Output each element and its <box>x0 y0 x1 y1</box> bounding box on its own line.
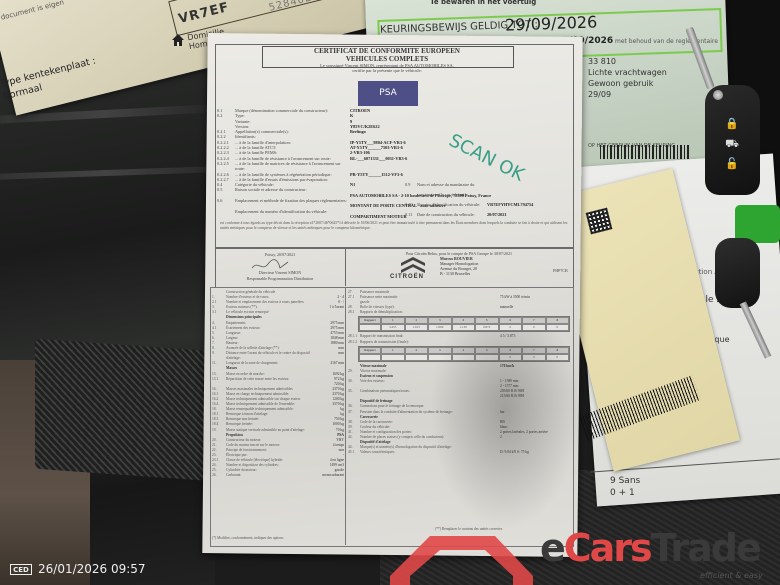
field-row: 28.1Rapports de démultiplication: <box>348 310 570 315</box>
barcode <box>600 145 690 159</box>
camera-badge: CED <box>10 564 32 575</box>
seats-info: 9 Sans0 + 1 <box>610 475 640 499</box>
key-release-button <box>713 90 723 100</box>
technical-data-left: Construction générale du véhicule1.Nombr… <box>212 290 344 478</box>
psa-logo: PSA <box>358 81 418 106</box>
hand-shadow <box>430 330 580 530</box>
signature <box>250 258 290 272</box>
field-row: 26.Carburant:monocarburant <box>212 473 344 478</box>
footnote-left: (*) Modifier, conformément, indiquer des… <box>212 536 283 540</box>
second-key <box>715 238 760 308</box>
citroen-chevrons-logo <box>398 255 428 273</box>
lock-icon: 🔒 <box>721 117 743 131</box>
house-icon <box>171 33 185 47</box>
unlock-icon: 🔓 <box>721 157 743 171</box>
ecarstrade-house-logo <box>385 528 535 585</box>
van-trunk-icon: ⛟ <box>721 137 743 151</box>
field-row: 0.10Numéro d'identification du véhicule:… <box>405 200 570 210</box>
conformity-statement: est conforme à tous égards au type décri… <box>220 221 570 231</box>
validity-note: met behoud van de reglementaire <box>615 38 718 45</box>
ecarstrade-wordmark: eCarsTrade <box>540 526 760 570</box>
certificate-title: CERTIFICAT DE CONFORMITE EUROPEENVEHICUL… <box>262 47 512 63</box>
signature-right-details: Marcus BOUVIER Manager Homologation Aven… <box>440 256 478 276</box>
inspection-header-note: Te bewaren in het voertuig <box>430 0 536 6</box>
reference-code: FHP7CB <box>553 268 568 273</box>
validity-date: 29/09/2026 <box>505 12 598 34</box>
seat-mesh-panel <box>35 339 215 482</box>
citroen-wordmark: CITROËN <box>390 274 424 280</box>
field-row: 0.9Nom et adresse du mandataire du const… <box>405 180 570 200</box>
inspection-details: 33 810 Lichte vrachtwagen Gewoon gebruik… <box>588 56 667 100</box>
car-key-fob: 🔒 ⛟ 🔓 <box>705 85 760 195</box>
certificate-subtitle: Le soussigné Vincent SIMON, représentant… <box>262 63 512 73</box>
divider <box>345 248 346 286</box>
ecarstrade-tagline: efficient & easy <box>700 571 763 580</box>
certificate-right-fields: 0.9Nom et adresse du mandataire du const… <box>405 180 570 220</box>
field-row: 9.Distance entre l'avant du véhicule et … <box>212 351 344 361</box>
field-row: 0.11Date de construction du véhicule:20/… <box>405 210 570 220</box>
divider <box>345 287 346 545</box>
photo-timestamp: 26/01/2026 09:57 <box>38 562 146 576</box>
